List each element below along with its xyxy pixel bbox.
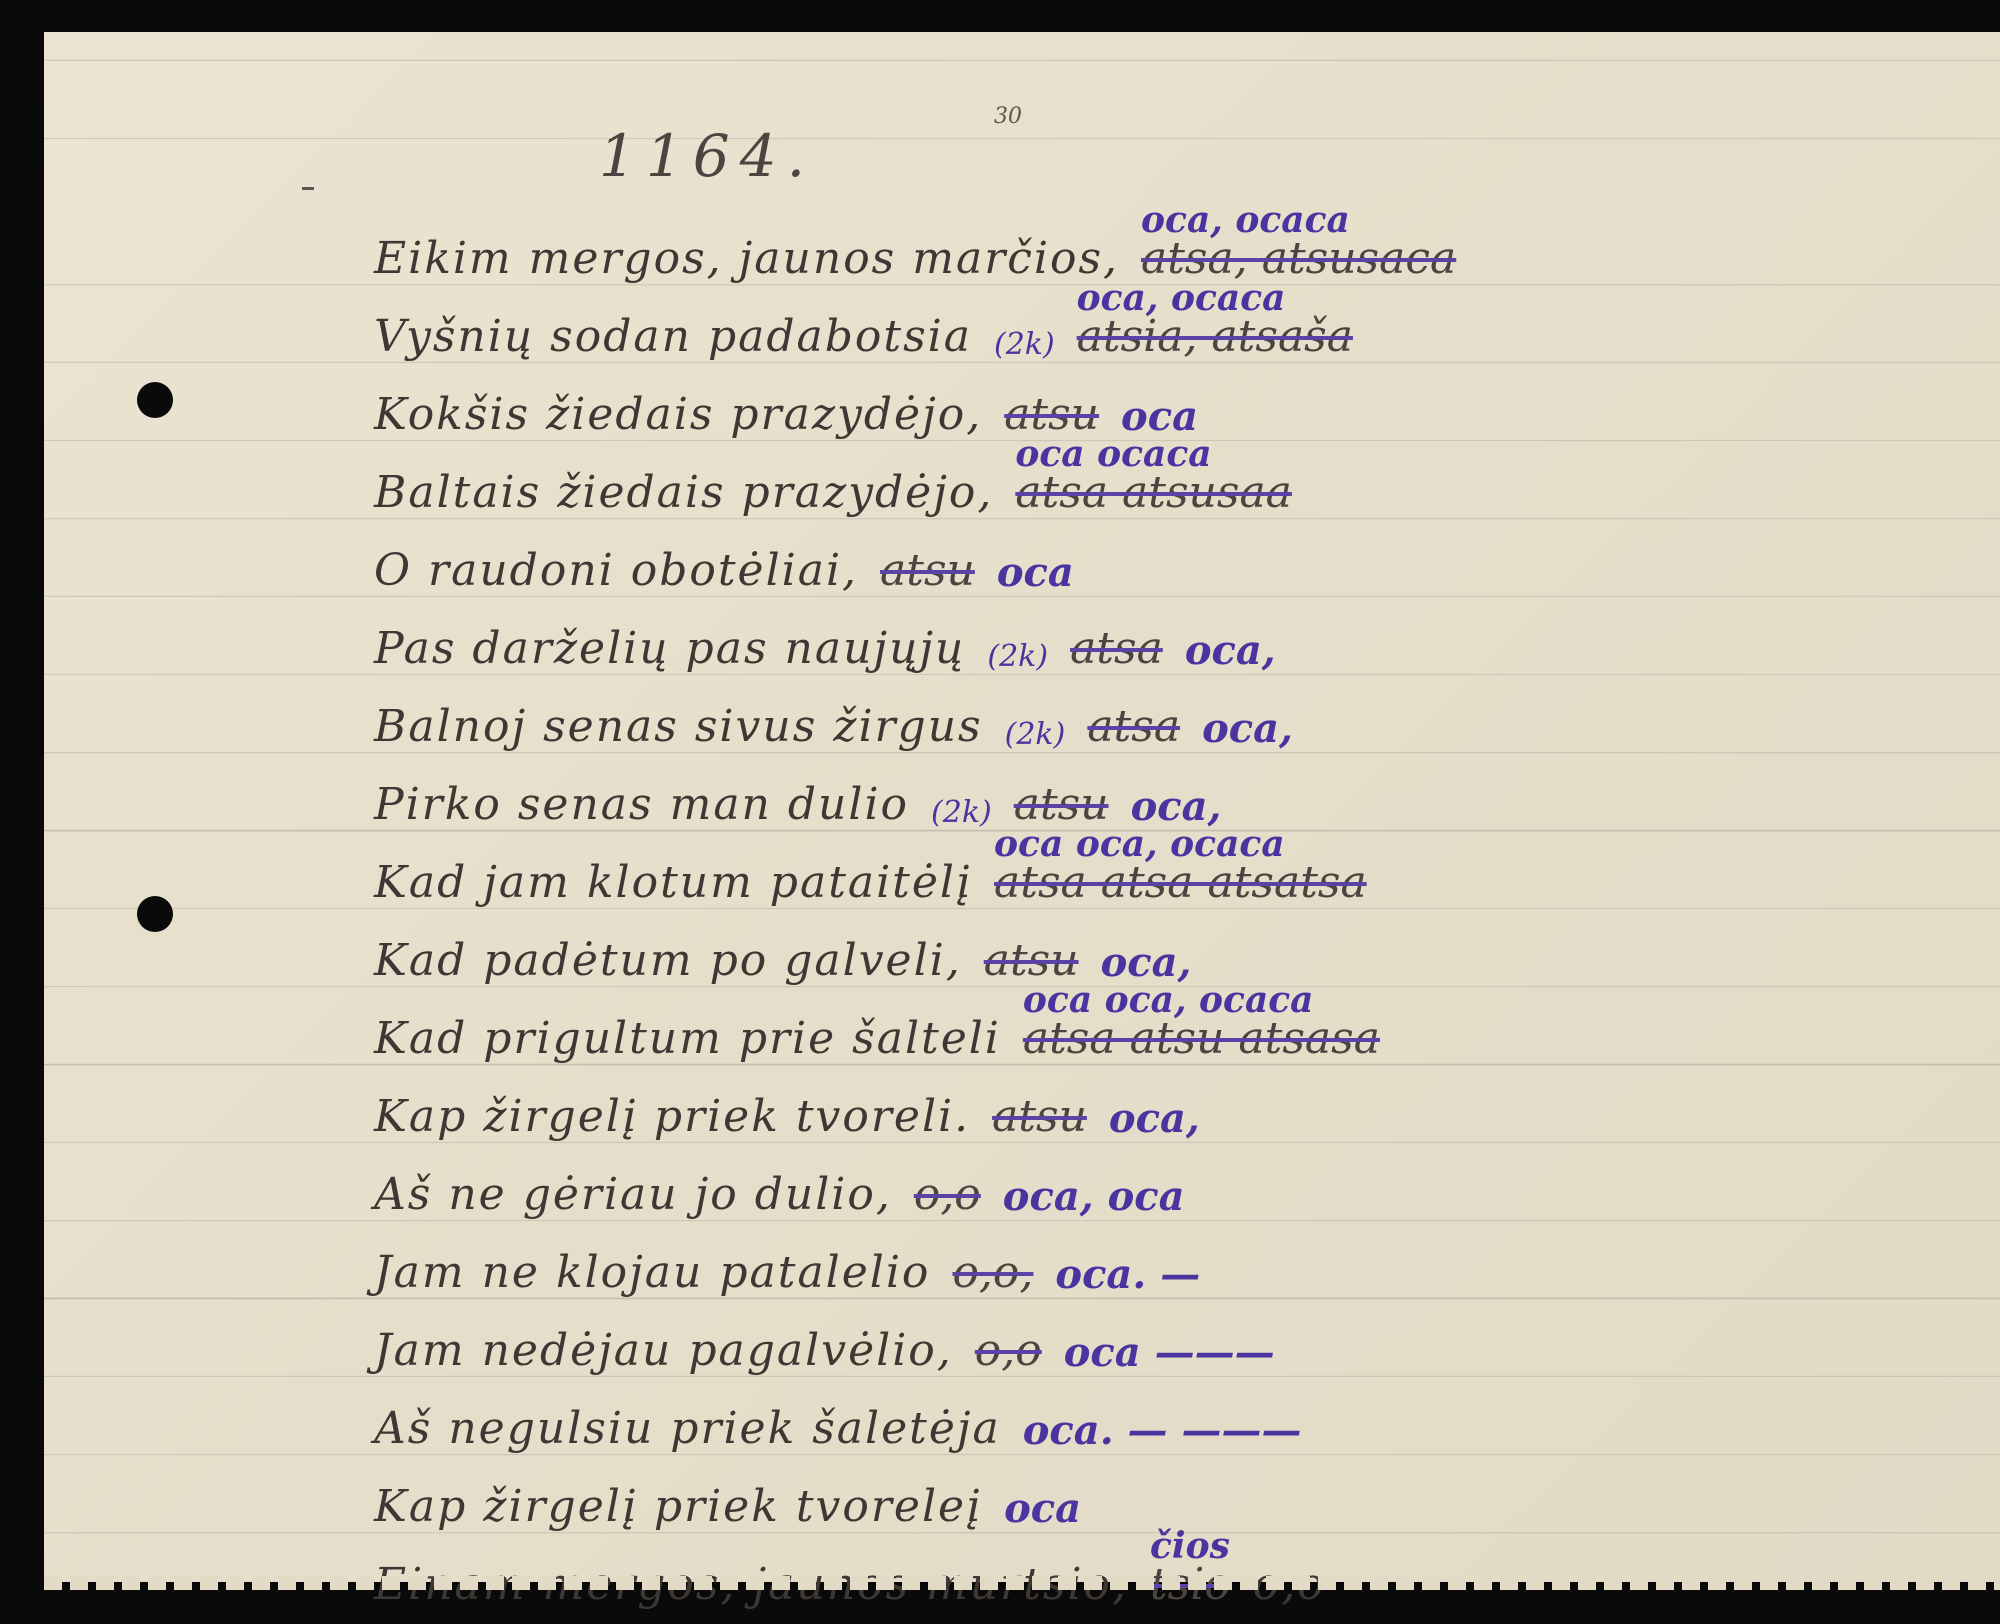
verse-line: Baltais žiedais prazydėjo,atsa atsusaaoc… xyxy=(374,446,1944,524)
correction-inline: oca ——— xyxy=(1064,1329,1275,1376)
refrain-group: atsa atsu atsasaoca oca, ocaca xyxy=(1023,1013,1380,1064)
verse-text: Pirko senas man dulio xyxy=(374,779,909,830)
verse-line: Jam ne klojau pataleliоo,o,oca. — xyxy=(374,1226,1944,1304)
refrain-group: o,o xyxy=(975,1325,1042,1376)
verse-line: Aš negulsiu priek šaletėjaoca. — ——— xyxy=(374,1382,1944,1460)
correction-above: oca, ocaca xyxy=(1077,277,1286,319)
correction-above: oca, ocaca xyxy=(1141,199,1350,241)
verse-text: Baltais žiedais prazydėjo, xyxy=(374,467,993,518)
verse-text: Vyšnių sodan padabotsia xyxy=(374,311,972,362)
correction-inline: oca, xyxy=(1185,627,1276,674)
repeat-note: (2k) xyxy=(994,327,1055,362)
repeat-note: (2k) xyxy=(1005,717,1066,752)
verse-text: Kad jam klotum pataitėlį xyxy=(374,857,972,908)
refrain-group: atsia, atsašaoca, ocaca xyxy=(1077,311,1353,362)
verse-line: O raudoni obotėliai,atsuoca xyxy=(374,524,1944,602)
verse-text: Aš negulsiu priek šaletėja xyxy=(374,1403,1001,1454)
punch-hole-top xyxy=(137,382,173,418)
page-number-mark: 30 xyxy=(994,104,1022,129)
verse-text: Kad prigultum prie šalteli xyxy=(374,1013,1001,1064)
struck-refrain: atsu xyxy=(992,1091,1087,1142)
correction-inline: oca xyxy=(1004,1485,1081,1532)
verse-text: Kokšis žiedais prazydėjo, xyxy=(374,389,982,440)
struck-refrain: atsa xyxy=(1087,701,1180,752)
verse-text: Einam mergos, jaunos murtsio, xyxy=(374,1559,1128,1610)
verse-line: Balnoj senas sivus žirgus(2k)atsaoca, xyxy=(374,680,1944,758)
verse-text: Aš ne gėriau jo dulio, xyxy=(374,1169,892,1220)
correction-above: oca ocaca xyxy=(1015,433,1211,475)
correction-above: oca oca, ocaca xyxy=(1023,979,1314,1021)
refrain-group: o,o, xyxy=(952,1247,1033,1298)
verse-line: Vyšnių sodan padabotsia(2k)atsia, atsaša… xyxy=(374,290,1944,368)
verse-lines: Eikim mergos, jaunos marčios,atsa, atsus… xyxy=(374,212,1944,1616)
refrain-group: tsiočios xyxy=(1150,1559,1231,1610)
correction-inline: oca. — xyxy=(1055,1251,1200,1298)
struck-refrain: atsu xyxy=(880,545,975,596)
correction-inline: oca xyxy=(997,549,1074,596)
correction-inline: oca, oca xyxy=(1003,1173,1185,1220)
repeat-note: (2k) xyxy=(931,795,992,830)
correction-inline: oca, xyxy=(1202,705,1293,752)
struck-refrain: o,o xyxy=(914,1169,981,1220)
refrain-group: atsa atsa atsatsaoca oca, ocaca xyxy=(994,857,1367,908)
verse-text: Balnoj senas sivus žirgus xyxy=(374,701,983,752)
verse-text: Eikim mergos, jaunos marčios, xyxy=(374,233,1119,284)
margin-mark xyxy=(302,187,314,190)
song-number-heading: 1164. xyxy=(599,122,815,190)
manuscript-page: 30 1164. Eikim mergos, jaunos marčios,at… xyxy=(44,32,2000,1582)
verse-line: Kap žirgelį priek tvoreli.atsuoca, xyxy=(374,1070,1944,1148)
struck-refrain: atsa xyxy=(1070,623,1163,674)
verse-text: Kap žirgelį priek tvoreleį xyxy=(374,1481,982,1532)
refrain-group: atsa atsusaaoca ocaca xyxy=(1015,467,1292,518)
correction-above: oca oca, ocaca xyxy=(994,823,1285,865)
correction-inline: oca. — ——— xyxy=(1023,1407,1302,1454)
refrain-group: atsu xyxy=(992,1091,1087,1142)
verse-text: Kap žirgelį priek tvoreli. xyxy=(374,1091,970,1142)
verse-line: Kad jam klotum pataitėlįatsa atsa atsats… xyxy=(374,836,1944,914)
punch-hole-bottom xyxy=(137,896,173,932)
verse-text: Pas darželių pas naujųjų xyxy=(374,623,965,674)
refrain-group: atsa xyxy=(1087,701,1180,752)
line-tail: o,o xyxy=(1253,1559,1326,1610)
verse-line: Kad prigultum prie šalteliatsa atsu atsa… xyxy=(374,992,1944,1070)
verse-text: O raudoni obotėliai, xyxy=(374,545,858,596)
struck-refrain: o,o xyxy=(975,1325,1042,1376)
repeat-note: (2k) xyxy=(987,639,1048,674)
verse-line: Einam mergos, jaunos murtsio,tsiočioso,o xyxy=(374,1538,1944,1616)
verse-text: Jam ne klojau pataleliо xyxy=(374,1247,930,1298)
refrain-group: atsu xyxy=(880,545,975,596)
refrain-group: atsa xyxy=(1070,623,1163,674)
verse-line: Pas darželių pas naujųjų(2k)atsaoca, xyxy=(374,602,1944,680)
refrain-group: o,o xyxy=(914,1169,981,1220)
struck-refrain: o,o, xyxy=(952,1247,1033,1298)
correction-above: čios xyxy=(1150,1525,1230,1567)
verse-text: Kad padėtum po galveli, xyxy=(374,935,962,986)
verse-line: Aš ne gėriau jo dulio,o,ooca, oca xyxy=(374,1148,1944,1226)
correction-inline: oca, xyxy=(1109,1095,1200,1142)
verse-line: Jam nedėjau pagalvėlio,o,ooca ——— xyxy=(374,1304,1944,1382)
verse-text: Jam nedėjau pagalvėlio, xyxy=(374,1325,953,1376)
